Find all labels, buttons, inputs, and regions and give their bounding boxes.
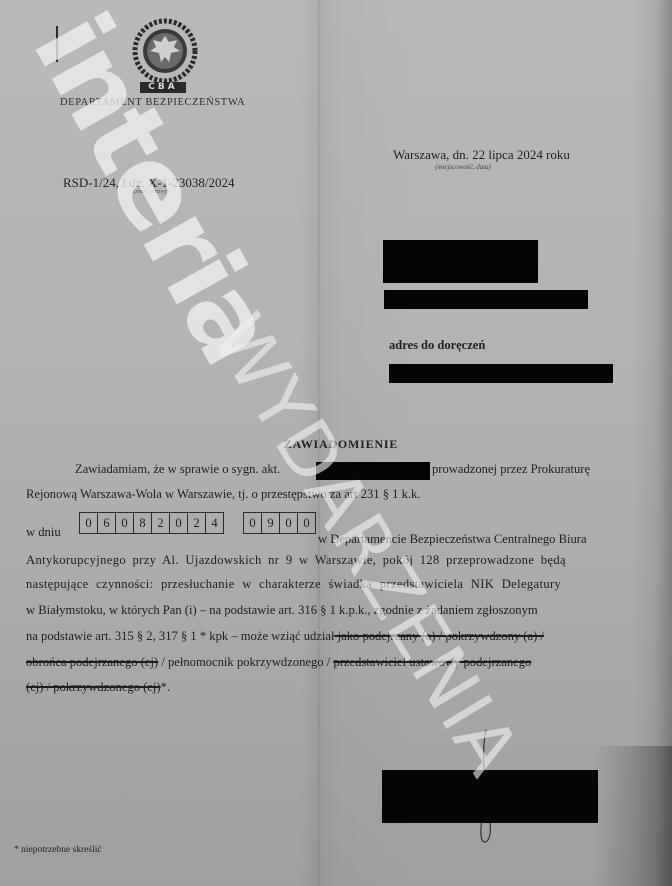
date-digit: 0 (80, 513, 98, 533)
pen-mark (56, 26, 58, 62)
cba-emblem-icon (130, 18, 200, 88)
date-digit: 6 (98, 513, 116, 533)
page-shadow-corner (592, 746, 672, 886)
place-date-caption: (miejscowość, data) (435, 163, 491, 171)
delivery-address-label: adres do doręczeń (389, 338, 485, 353)
body-line-8: obrońca podejrzanego (ej) / pełnomocnik … (26, 655, 531, 670)
struck-text: obrońca podejrzanego (ej) (26, 655, 158, 669)
redacted-recipient-name (383, 240, 538, 283)
date-digit: 2 (188, 513, 206, 533)
date-digit: 8 (134, 513, 152, 533)
time-digit: 9 (262, 513, 280, 533)
redacted-signature (382, 770, 598, 823)
date-label: w dniu (26, 525, 61, 540)
body-line-2: Rejonową Warszawa-Wola w Warszawie, tj. … (26, 487, 420, 502)
time-digit: 0 (244, 513, 262, 533)
body-line-3: w Departamencie Bezpieczeństwa Centralne… (318, 532, 587, 547)
date-digit-boxes: 0 6 0 8 2 0 2 4 (79, 512, 224, 534)
struck-text: przedstawiciel ustawowy podejrzanego (333, 655, 531, 669)
body-line-4: Antykorupcyjnego przy Al. Ujazdowskich n… (26, 553, 566, 568)
scanned-document-page: CBA DEPARTAMENT BEZPIECZEŃSTWA Warszawa,… (0, 0, 672, 886)
body-line-1a: Zawiadamiam, że w sprawie o sygn. akt. (75, 462, 280, 477)
reference-caption: (znak sprawy) (133, 188, 170, 195)
time-digit: 0 (280, 513, 298, 533)
redacted-recipient-address (384, 290, 588, 309)
date-digit: 4 (206, 513, 223, 533)
time-digit: 0 (298, 513, 315, 533)
time-digit-boxes: 0 9 0 0 (243, 512, 316, 534)
struck-text: (ej) / pokrzywdzonego (ej) (26, 680, 161, 694)
footnote: * niepotrzebne skreślić (14, 845, 102, 855)
body-line-5: następujące czynności: przesłuchanie w c… (26, 577, 561, 592)
date-digit: 0 (170, 513, 188, 533)
department-name: DEPARTAMENT BEZPIECZEŃSTWA (60, 97, 245, 108)
body-line-9b: *. (161, 680, 170, 694)
cba-label: CBA (140, 82, 186, 93)
body-line-6: w Białymstoku, w których Pan (i) – na po… (26, 603, 538, 618)
document-title: ZAWIADOMIENIE (0, 437, 672, 452)
body-line-1b: prowadzonej przez Prokuraturę (432, 462, 590, 477)
redacted-delivery-address (389, 364, 613, 383)
body-line-8b: / pełnomocnik pokrzywdzonego / (158, 655, 333, 669)
date-digit: 0 (116, 513, 134, 533)
struck-text: jako podejrzany (a) / pokrzywdzony (a) / (334, 629, 543, 643)
body-line-9: (ej) / pokrzywdzonego (ej)*. (26, 680, 170, 695)
place-and-date: Warszawa, dn. 22 lipca 2024 roku (393, 147, 570, 163)
body-line-7: na podstawie art. 315 § 2, 317 § 1 * kpk… (26, 629, 544, 644)
redacted-case-signature (316, 462, 430, 480)
date-digit: 2 (152, 513, 170, 533)
body-line-7a: na podstawie art. 315 § 2, 317 § 1 * kpk… (26, 629, 334, 643)
